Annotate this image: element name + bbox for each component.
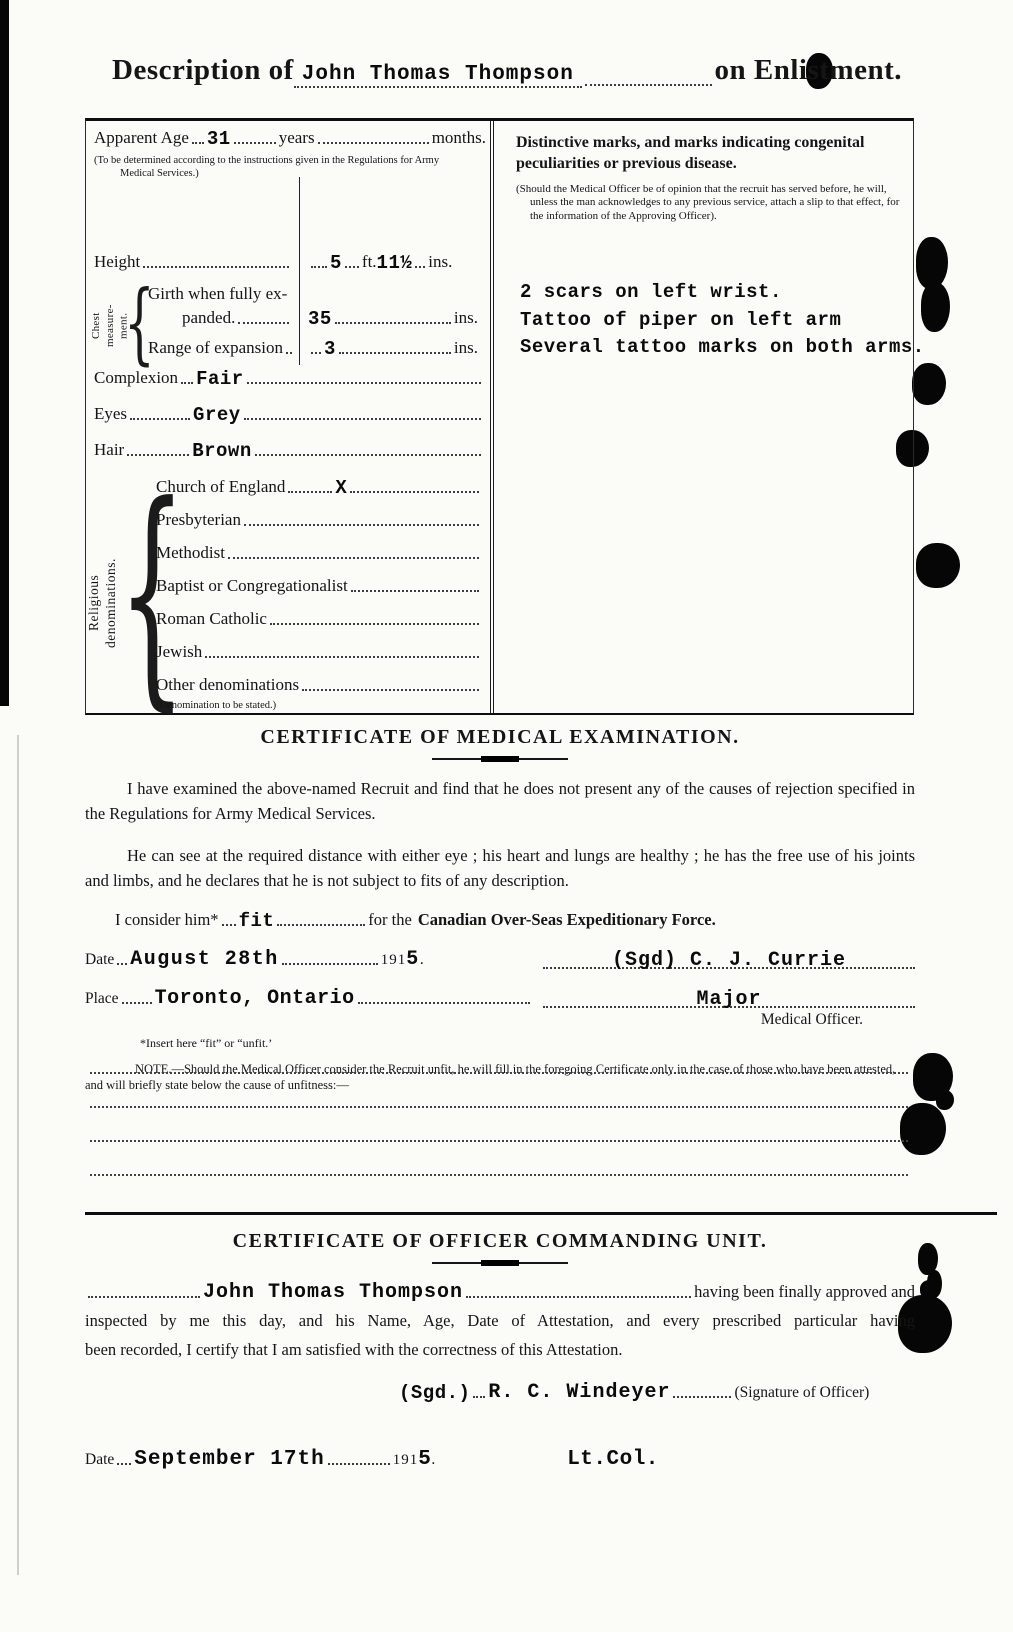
officer-signature: R. C. Windeyer: [488, 1383, 670, 1403]
religion-row-baptist: Baptist or Congregationalist: [156, 577, 482, 596]
marks-entry: Several tattoo marks on both arms.: [520, 334, 990, 362]
dotted-rule: [270, 623, 479, 625]
year-printed: 191: [381, 952, 407, 969]
dotted-rule: [318, 142, 429, 144]
religion-mark: X: [335, 479, 347, 498]
religion-label: Methodist: [156, 544, 225, 563]
medical-officer-rank-block: Major: [543, 989, 915, 1008]
apparent-age-label: Apparent Age: [94, 129, 189, 148]
dotted-rule: [302, 689, 479, 691]
ink-blob: [916, 543, 960, 588]
dotted-rule: [311, 352, 321, 354]
dotted-rule: [351, 590, 479, 592]
religion-label: Church of England: [156, 478, 285, 497]
height-inches-value: 11½: [377, 254, 413, 273]
religion-row-methodist: Methodist: [156, 544, 482, 563]
ink-blob: [912, 363, 946, 405]
officer-certificate-section: CERTIFICATE OF OFFICER COMMANDING UNIT. …: [85, 1212, 915, 1469]
eyes-value: Grey: [193, 406, 241, 425]
fitness-value: fit: [239, 912, 275, 931]
dotted-rule: [282, 963, 378, 965]
year-written: 5: [406, 950, 420, 970]
range-value-cell: 3 ins.: [308, 339, 478, 358]
dotted-rule: [228, 557, 479, 559]
dotted-rule: [238, 322, 289, 324]
medical-date-value: August 28th: [130, 950, 279, 970]
sgd-prefix: (Sgd.): [399, 1384, 470, 1403]
medical-officer-rank-title: Medical Officer.: [85, 1011, 915, 1029]
section-divider-rule: [432, 758, 568, 760]
year-printed: 191: [393, 1452, 419, 1469]
dotted-rule: [192, 142, 204, 144]
date-label: Date: [85, 1451, 114, 1469]
range-label: Range of expansion: [148, 339, 283, 358]
blank-dotted-line: [90, 1140, 908, 1142]
header-title-prefix: Description of: [112, 54, 294, 87]
chest-group-word: measure-: [104, 283, 118, 369]
scanned-attestation-form: Description of John Thomas Thompson on E…: [0, 0, 1013, 1632]
recruit-name-entry: John Thomas Thompson: [294, 64, 582, 88]
dotted-rule: [143, 266, 289, 268]
fitness-declaration-row: I consider him* fit for the Canadian Ove…: [85, 910, 915, 930]
girth-label-line1: Girth when fully ex-: [148, 285, 287, 304]
dotted-rule: [466, 1296, 691, 1298]
apparent-age-value: 31: [207, 130, 231, 149]
religious-denominations-group-label: Religious denominations.: [86, 519, 120, 687]
apparent-age-note: (To be determined according to the instr…: [94, 154, 450, 180]
blank-dotted-line: [90, 1072, 908, 1074]
year-period: .: [420, 951, 424, 969]
medical-place-row: Place Toronto, Ontario Major: [85, 988, 915, 1008]
officer-date-value: September 17th: [134, 1449, 324, 1470]
dotted-rule: [286, 352, 292, 354]
medical-paragraph-1: I have examined the above-named Recruit …: [85, 776, 915, 826]
officer-cert-line3: been recorded, I certify that I am satis…: [85, 1340, 915, 1360]
description-box: Apparent Age 31 years months. (To be det…: [85, 118, 914, 715]
dotted-rule: [339, 352, 451, 354]
medical-certificate-title: CERTIFICATE OF MEDICAL EXAMINATION.: [85, 726, 915, 749]
officer-date-row: Date September 17th 191 5 . Lt.Col.: [85, 1448, 915, 1469]
dotted-rule: [358, 1002, 530, 1004]
distinctive-marks-column: Distinctive marks, and marks indicating …: [493, 121, 913, 713]
religion-label: Jewish: [156, 643, 202, 662]
religion-row-presbyterian: Presbyterian: [156, 511, 482, 530]
dotted-rule: [117, 963, 127, 965]
other-denomination-note: (Denomination to be stated.): [156, 699, 276, 712]
girth-value-cell: 35 ins.: [308, 309, 478, 328]
medical-place-value: Toronto, Ontario: [155, 989, 355, 1009]
marks-entry: 2 scars on left wrist.: [520, 279, 990, 307]
consider-prefix: I consider him*: [115, 910, 219, 930]
insert-fit-note: *Insert here “fit” or “unfit.’: [85, 1036, 915, 1051]
dotted-rule: [122, 1002, 152, 1004]
eyes-label: Eyes: [94, 405, 127, 424]
distinctive-marks-note: (Should the Medical Officer be of opinio…: [516, 183, 905, 224]
dotted-rule: [345, 266, 359, 268]
range-unit-label: ins.: [454, 339, 478, 358]
force-name: Canadian Over-Seas Expeditionary Force.: [418, 910, 716, 930]
approved-suffix: having been finally approved and: [694, 1282, 915, 1302]
girth-label-continued: panded.: [182, 309, 235, 328]
height-feet-value: 5: [330, 254, 342, 273]
dotted-rule: [255, 454, 481, 456]
officer-rank: Lt.Col.: [567, 1449, 659, 1470]
section-top-rule: [85, 1212, 997, 1215]
dotted-rule: [328, 1463, 390, 1465]
dotted-rule: [415, 266, 425, 268]
place-label: Place: [85, 990, 119, 1008]
apparent-age-row: Apparent Age 31 years months.: [94, 129, 486, 148]
section-divider-rule: [432, 1262, 568, 1264]
dotted-rule: [234, 142, 276, 144]
medical-officer-rank: Major: [696, 990, 761, 1010]
marks-entry: Tattoo of piper on left arm: [520, 307, 990, 335]
dotted-rule: [350, 491, 479, 493]
hair-value: Brown: [192, 442, 252, 461]
year-period: .: [431, 1451, 435, 1469]
signature-of-officer-label: (Signature of Officer): [734, 1384, 869, 1402]
officer-certificate-title: CERTIFICATE OF OFFICER COMMANDING UNIT.: [85, 1230, 915, 1253]
ft-label: ft.: [362, 253, 377, 272]
height-label: Height: [94, 253, 140, 272]
range-value: 3: [324, 340, 336, 359]
page-header: Description of John Thomas Thompson on E…: [112, 54, 902, 88]
complexion-row: Complexion Fair: [94, 369, 484, 388]
complexion-label: Complexion: [94, 369, 178, 388]
dotted-rule: [473, 1396, 485, 1398]
dotted-rule: [585, 84, 712, 86]
dotted-rule: [277, 924, 365, 926]
dotted-rule: [244, 524, 479, 526]
physical-description-column: Apparent Age 31 years months. (To be det…: [86, 121, 491, 713]
dotted-rule: [117, 1463, 131, 1465]
officer-cert-recruit-name: John Thomas Thompson: [203, 1283, 463, 1303]
officer-signature-row: (Sgd.) R. C. Windeyer (Signature of Offi…: [85, 1382, 915, 1402]
medical-certificate-section: CERTIFICATE OF MEDICAL EXAMINATION. I ha…: [85, 726, 915, 1107]
blank-dotted-line: [90, 1106, 908, 1108]
religion-label: Other denominations: [156, 676, 299, 695]
religion-label: Presbyterian: [156, 511, 241, 530]
religion-row-jewish: Jewish: [156, 643, 482, 662]
ins-label: ins.: [428, 253, 452, 272]
eyes-row: Eyes Grey: [94, 405, 484, 424]
religion-label: Baptist or Congregationalist: [156, 577, 348, 596]
religion-row-other: Other denominations: [156, 676, 482, 695]
dotted-rule: [288, 491, 332, 493]
religion-row-church-of-england: Church of England X: [156, 478, 482, 497]
religion-group-word: Religious: [86, 519, 103, 687]
dotted-rule: [244, 418, 481, 420]
dotted-rule: [247, 382, 481, 384]
chest-group-word: Chest: [90, 283, 104, 369]
months-label: months.: [432, 129, 486, 148]
distinctive-marks-entries: 2 scars on left wrist. Tattoo of piper o…: [520, 278, 990, 361]
religion-label: Roman Catholic: [156, 610, 267, 629]
scan-artifact-left-strip: [0, 0, 9, 706]
height-row: Height 5 ft. 11½ ins.: [94, 253, 480, 272]
medical-date-row: Date August 28th 191 5 . (Sgd) C. J. Cur…: [85, 949, 915, 969]
approved-name-row: John Thomas Thompson having been finally…: [85, 1282, 915, 1302]
consider-mid: for the: [368, 910, 412, 930]
ink-blob: [936, 1090, 954, 1110]
dotted-rule: [181, 382, 193, 384]
girth-unit-label: ins.: [454, 309, 478, 328]
medical-paragraph-2: He can see at the required distance with…: [85, 843, 915, 893]
religion-row-roman-catholic: Roman Catholic: [156, 610, 482, 629]
year-written: 5: [418, 1449, 431, 1470]
dotted-rule: [205, 656, 479, 658]
dotted-rule: [673, 1396, 731, 1398]
scan-fold-line: [17, 735, 19, 1575]
girth-value: 35: [308, 310, 332, 329]
officer-cert-line2: inspected by me this day, and his Name, …: [85, 1311, 915, 1331]
blank-dotted-line: [90, 1174, 908, 1176]
medical-officer-signature-block: (Sgd) C. J. Currie: [543, 950, 915, 969]
girth-label-line2: panded.: [182, 309, 292, 328]
date-label: Date: [85, 951, 114, 969]
dotted-rule: [88, 1296, 200, 1298]
dotted-rule: [130, 418, 190, 420]
dotted-rule: [222, 924, 236, 926]
unfitness-blank-lines: [90, 1072, 908, 1208]
dotted-rule: [335, 322, 451, 324]
range-of-expansion-row: Range of expansion: [148, 339, 294, 358]
medical-officer-signature: (Sgd) C. J. Currie: [612, 951, 846, 971]
header-title-suffix: on Enlistment.: [715, 54, 902, 87]
dotted-rule: [311, 266, 327, 268]
distinctive-marks-heading: Distinctive marks, and marks indicating …: [516, 133, 905, 175]
years-label: years: [279, 129, 315, 148]
complexion-value: Fair: [196, 370, 244, 389]
